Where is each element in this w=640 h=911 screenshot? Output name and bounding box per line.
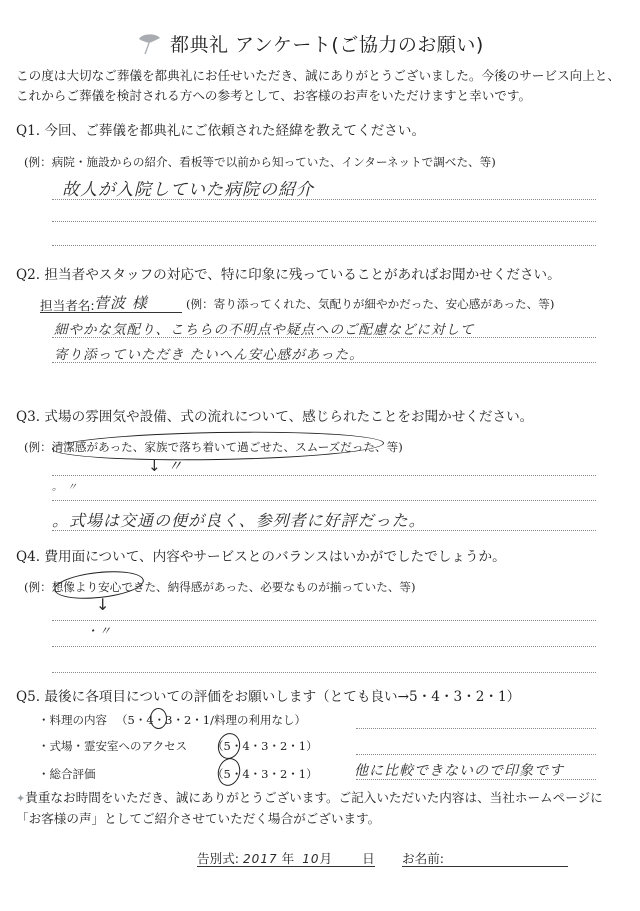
rating-comment-line-food bbox=[356, 728, 596, 729]
q4-answer-line-1[interactable]: ・〃 bbox=[86, 622, 112, 639]
ginkgo-leaf-icon bbox=[136, 30, 162, 56]
q5-label: Q5. 最後に各項目についての評価をお願いします（とても良い→5・4・3・2・1… bbox=[16, 685, 520, 705]
rating-selected-circle-overall bbox=[215, 756, 243, 789]
rating-comment-line-overall bbox=[356, 779, 596, 780]
month-label: 月 bbox=[320, 851, 333, 866]
rating-comment-line-access bbox=[356, 754, 596, 755]
q3-annotation: ↓ 〃 bbox=[148, 455, 183, 476]
q3-line-1 bbox=[52, 475, 596, 476]
q2-answer-line-1[interactable]: 細やかな気配り、こちらの不明点や疑点へのご配慮などに対して bbox=[54, 318, 475, 338]
name-field[interactable]: お名前: bbox=[402, 848, 568, 867]
q3-answer-line-2[interactable]: 。式場は交通の便が良く、参列者に好評だった。 bbox=[52, 508, 426, 531]
q3-answer-line-1[interactable]: 。 〃 bbox=[52, 478, 78, 493]
year-label: 年 bbox=[282, 851, 295, 866]
rating-comment-overall[interactable]: 他に比較できないので印象です bbox=[354, 760, 564, 780]
q1-answer-line-1[interactable]: 故人が入院していた病院の紹介 bbox=[62, 175, 314, 200]
q3-line-3 bbox=[52, 530, 596, 531]
q2-answer-line-2[interactable]: 寄り添っていただき たいへん安心感があった。 bbox=[54, 343, 364, 363]
q2-line-1 bbox=[52, 337, 596, 338]
name-label: お名前: bbox=[402, 851, 444, 866]
q3-label: Q3. 式場の雰囲気や設備、式の流れについて、感じられたことをお聞かせください。 bbox=[16, 405, 533, 425]
q4-label: Q4. 費用面について、内容やサービスとのバランスはいかがでしたでしょうか。 bbox=[16, 545, 506, 565]
footer-note-text: 貴重なお時間をいただき、誠にありがとうございます。ご記入いただいた内容は、当社ホ… bbox=[16, 790, 603, 826]
rating-label-overall: ・総合評価 bbox=[38, 766, 96, 782]
q4-line-1 bbox=[52, 620, 596, 621]
ceremony-label: 告別式: bbox=[197, 851, 239, 866]
staff-name-value: 菅波 様 bbox=[94, 292, 148, 313]
staff-name-field[interactable]: 担当者名: 菅波 様 bbox=[40, 292, 182, 313]
year-value[interactable]: 2017 bbox=[243, 852, 278, 866]
q4-line-2 bbox=[52, 646, 596, 647]
q1-line-1 bbox=[52, 199, 596, 200]
footer-note: ✦貴重なお時間をいただき、誠にありがとうございます。ご記入いただいた内容は、当社… bbox=[16, 788, 626, 829]
q3-line-2 bbox=[52, 500, 596, 501]
staff-name-label: 担当者名: bbox=[40, 295, 95, 314]
q2-line-2 bbox=[52, 362, 596, 363]
q3-example-circle-annotation bbox=[52, 429, 384, 463]
month-value[interactable]: 10 bbox=[302, 852, 319, 866]
intro-text: この度は大切なご葬儀を都典礼にお任せいただき、誠にありがとうございました。今後の… bbox=[16, 66, 626, 106]
q2-label: Q2. 担当者やスタッフの対応で、特に印象に残っていることがあればお聞かせくださ… bbox=[16, 263, 561, 283]
q2-example: (例：寄り添ってくれた、気配りが細やかだった、安心感があった、等) bbox=[186, 296, 554, 312]
ceremony-date-field[interactable]: 告別式: 2017 年 10月 日 bbox=[197, 848, 375, 867]
rating-selected-circle-food bbox=[150, 708, 167, 729]
rating-selected-circle-access bbox=[215, 731, 243, 762]
q1-example: (例：病院・施設からの紹介、看板等で以前から知っていた、インターネットで調べた、… bbox=[24, 154, 496, 170]
q1-line-3 bbox=[52, 245, 596, 246]
rating-label-food: ・料理の内容 bbox=[38, 712, 107, 728]
q4-line-3 bbox=[52, 672, 596, 673]
sparkle-icon: ✦ bbox=[16, 792, 25, 805]
rating-scale-food[interactable]: （5・4・3・2・1/料理の利用なし） bbox=[116, 712, 306, 728]
q1-label: Q1. 今回、ご葬儀を都典礼にご依頼された経緯を教えてください。 bbox=[16, 119, 425, 139]
q4-annotation: ↓ bbox=[96, 595, 110, 614]
q1-line-2 bbox=[52, 221, 596, 222]
rating-label-access: ・式場・霊安室へのアクセス bbox=[38, 738, 187, 754]
day-label: 日 bbox=[362, 851, 375, 866]
page-title: 都典礼 アンケート(ご協力のお願い) bbox=[170, 30, 484, 57]
